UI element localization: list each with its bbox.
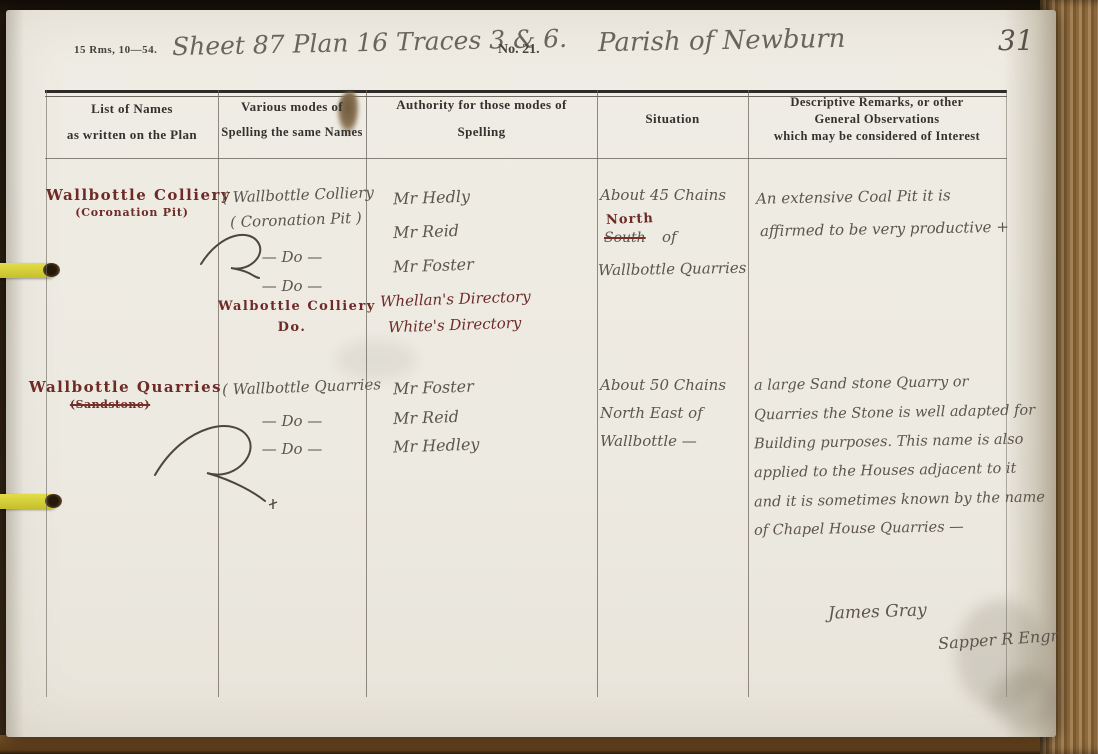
row1-name-main: Wallbottle Colliery: [46, 186, 218, 204]
binding-hole-bottom: [45, 494, 62, 508]
row2-spelling-1: — Do —: [218, 412, 366, 430]
column-divider-3: [597, 90, 598, 697]
row2-spelling-2: — Do —: [218, 440, 366, 458]
table-top-rule: [45, 90, 1007, 93]
row1-authority-2: Mr Foster: [393, 255, 474, 277]
header-bottom-rule: [45, 158, 1007, 159]
row1-spelling-3: — Do —: [218, 277, 366, 295]
row2-name-main: Wallbottle Quarries: [28, 378, 223, 396]
col-header-authority-line1: Authority for those modes of: [366, 97, 597, 113]
col-header-names-line2: as written on the Plan: [46, 127, 218, 143]
row2-name-sub-struck: (Sandstone): [50, 398, 170, 411]
entry-number: No. 21.: [498, 42, 540, 58]
col-header-situation: Situation: [597, 111, 748, 127]
col-header-remarks-line2: General Observations: [748, 112, 1006, 127]
row2-authority-2: Mr Hedley: [393, 434, 480, 456]
print-code: 15 Rms, 10—54.: [74, 44, 157, 56]
paper-left-shade: [6, 10, 24, 737]
row2-situation-0: About 50 Chains: [600, 376, 726, 394]
row2-authority-1: Mr Reid: [393, 407, 460, 428]
row1-remark-0: An extensive Coal Pit it is: [756, 186, 951, 207]
row1-name-sub: (Coronation Pit): [46, 206, 218, 219]
col-header-authority-line2: Spelling: [366, 124, 597, 140]
col-header-spelling-line2: Spelling the same Names: [218, 125, 366, 140]
page-number: 31: [998, 24, 1034, 57]
column-divider-4: [748, 90, 749, 697]
surveyor-signature: James Gray: [828, 600, 927, 623]
col-header-spelling-line1: Various modes of: [218, 99, 366, 115]
desk-surface: [0, 735, 1098, 754]
row2-authority-0: Mr Foster: [393, 377, 474, 399]
row1-spelling-2: — Do —: [218, 248, 366, 266]
row1-situation-line3: Wallbottle Quarries: [598, 259, 747, 280]
row1-authority-0: Mr Hedly: [393, 187, 471, 209]
row1-situation-struck: South: [604, 230, 646, 246]
smudge-stain: [991, 670, 1061, 730]
col-header-remarks-line3: which may be considered of Interest: [748, 129, 1006, 144]
row1-spelling-alt-0: Walbottle Colliery: [218, 299, 366, 314]
col-header-remarks-line1: Descriptive Remarks, or other: [748, 95, 1006, 110]
row1-situation-of: of: [662, 228, 677, 246]
col-header-names-line1: List of Names: [46, 101, 218, 117]
row1-authority-1: Mr Reid: [393, 221, 460, 242]
row2-situation-2: Wallbottle —: [600, 432, 697, 450]
scanned-ledger-page: 15 Rms, 10—54. Sheet 87 Plan 16 Traces 3…: [0, 0, 1098, 754]
row1-situation-line1: About 45 Chains: [600, 186, 726, 204]
parish-title: Parish of Newburn: [598, 24, 846, 58]
smudge-stain: [336, 340, 416, 380]
row1-situation-correction: North: [606, 211, 654, 228]
table-right-border: [1006, 90, 1007, 697]
row2-situation-1: North East of: [600, 404, 703, 422]
row1-spelling-alt-1: Do.: [218, 320, 366, 335]
